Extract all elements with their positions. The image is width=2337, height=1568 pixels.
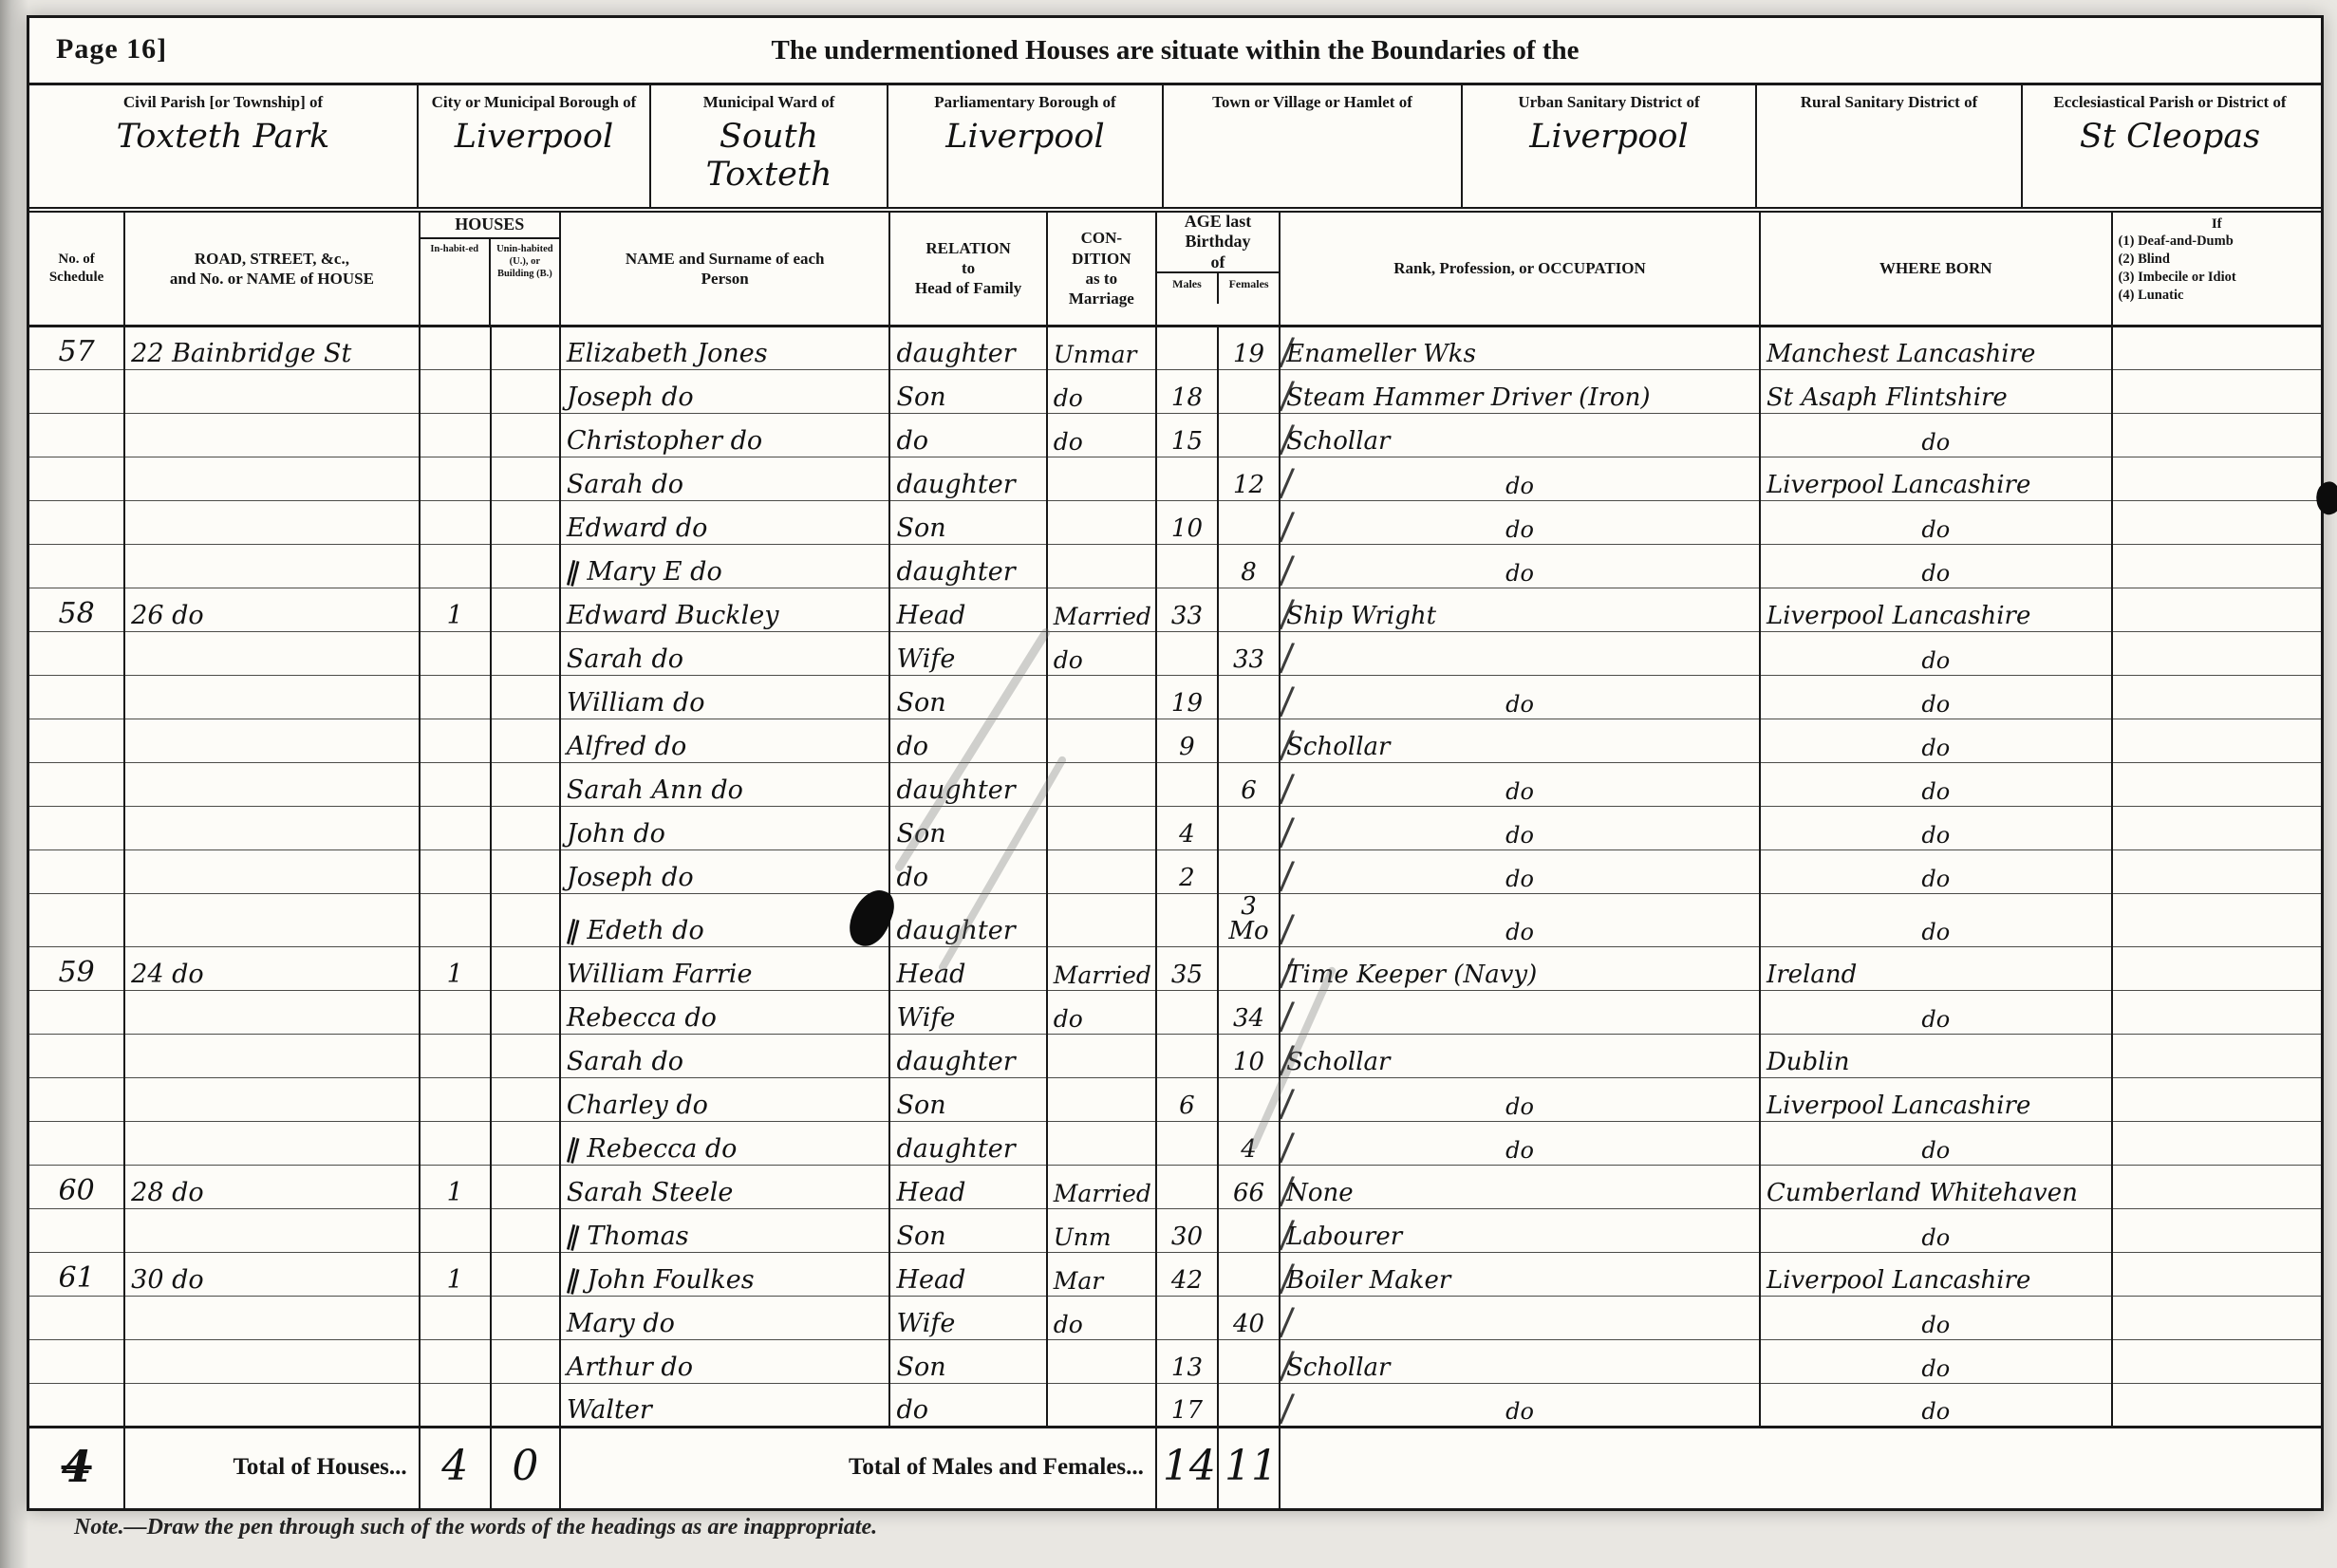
cell-born: Liverpool Lancashire [1760,457,2112,500]
cell-name: Rebecca do [560,990,890,1034]
pen-tick: ∕ [1279,638,1296,677]
born-value: do [1921,735,1950,761]
cell-female: 10 [1218,1034,1280,1077]
born-value: do [1921,822,1950,849]
cell-name: Arthur do [560,1339,890,1383]
cell-inh [420,849,491,893]
inh-value: 1 [447,601,463,630]
boundary-box-value: Liverpool [888,118,1162,156]
cell-condition: Unmar [1047,326,1156,369]
cell-condition: Unm [1047,1208,1156,1252]
cell-infirmity [2112,631,2321,675]
page-number-label: Page 16] [56,33,167,65]
relation-value: Head [896,1178,965,1207]
person-row: Charley doSon6∕doLiverpool Lancashire [29,1077,2321,1121]
cell-female: 12 [1218,457,1280,500]
pen-tick: ∕ [1279,856,1296,895]
relation-value: Wife [896,1003,955,1033]
person-row: ‖Mary E dodaughter8∕dodo [29,544,2321,588]
female-value: 12 [1233,471,1264,499]
cell-inh [420,1383,491,1427]
cell-occupation: ∕do [1280,1121,1760,1165]
cell-relation: daughter [889,762,1046,806]
cell-male [1156,631,1218,675]
cell-relation: Son [889,369,1046,413]
cell-condition: do [1047,990,1156,1034]
cell-condition [1047,1121,1156,1165]
cell-inh [420,1208,491,1252]
pen-tick: ∕ [1279,507,1296,546]
cell-occupation: ∕Schollar [1280,719,1760,762]
name-value: John do [567,819,665,849]
cell-inh [420,1339,491,1383]
cell-occupation: ∕Ship Wright [1280,588,1760,631]
occupation-value: Labourer [1286,1223,1402,1251]
pen-tick: ∕ [1279,1389,1296,1428]
male-value: 4 [1179,820,1195,849]
cell-schedule [29,369,124,413]
cell-occupation: ∕ [1280,1296,1760,1339]
col-header-relation: RELATION to Head of Family [889,213,1046,326]
cell-uninh [491,544,560,588]
cell-female [1218,849,1280,893]
col-header-condition-label: CON- DITION as to Marriage [1052,228,1151,308]
name-value: Elizabeth Jones [567,339,768,368]
male-value: 33 [1171,602,1203,630]
cell-name: Edward do [560,500,890,544]
cell-name: Joseph do [560,849,890,893]
census-sheet: Page 16] The undermentioned Houses are s… [27,15,2324,1511]
road-value: 30 do [131,1265,203,1295]
female-value: 10 [1233,1048,1264,1076]
cell-male: 15 [1156,413,1218,457]
condition-value: Married [1054,961,1151,989]
male-value: 10 [1171,514,1203,543]
cell-relation: Head [889,1252,1046,1296]
name-value: Walter [567,1395,652,1425]
cell-infirmity [2112,413,2321,457]
schedule-value: 61 [58,1261,94,1295]
cell-schedule [29,1296,124,1339]
cell-uninh [491,1339,560,1383]
cell-female: 3 Mo [1218,893,1280,946]
cell-born: Liverpool Lancashire [1760,588,2112,631]
boundary-box-label: Municipal Ward of [651,92,887,112]
born-value: Cumberland Whitehaven [1767,1179,2078,1207]
cell-male: 33 [1156,588,1218,631]
cell-road [124,500,420,544]
boundary-box-label: City or Municipal Borough of [419,92,649,112]
cell-inh [420,457,491,500]
cell-born: do [1760,806,2112,849]
cell-schedule [29,1208,124,1252]
cell-born: Cumberland Whitehaven [1760,1165,2112,1208]
cell-condition: Married [1047,946,1156,990]
occupation-value: do [1505,778,1534,805]
cell-schedule [29,893,124,946]
cell-uninh [491,500,560,544]
cell-male [1156,1034,1218,1077]
col-header-uninhabited: Unin-habited (U.), or Building (B.) [491,239,559,325]
male-value: 13 [1171,1353,1203,1382]
relation-value: Head [896,960,965,989]
cell-schedule [29,719,124,762]
cell-condition [1047,457,1156,500]
col-header-schedule: No. of Schedule [29,213,124,326]
relation-value: Wife [896,1309,955,1338]
condition-value: do [1054,646,1083,674]
cell-relation: daughter [889,1034,1046,1077]
cell-uninh [491,1208,560,1252]
age-subcolumns: Males Females [1157,273,1279,304]
col-header-road: ROAD, STREET, &c., and No. or NAME of HO… [124,213,420,326]
cell-relation: daughter [889,544,1046,588]
occupation-value: do [1505,691,1534,718]
cell-inh [420,1034,491,1077]
cell-female: 8 [1218,544,1280,588]
sheet-title: The undermentioned Houses are situate wi… [29,18,2321,66]
relation-value: daughter [896,339,1015,368]
boundary-box-5: Urban Sanitary District ofLiverpool [1463,85,1757,207]
person-row: Arthur doSon13∕Schollardo [29,1339,2321,1383]
cell-born: do [1760,500,2112,544]
cell-name: Charley do [560,1077,890,1121]
col-header-where-born: WHERE BORN [1760,213,2112,326]
cell-condition [1047,806,1156,849]
cell-female [1218,1383,1280,1427]
cell-relation: Son [889,1339,1046,1383]
cell-male [1156,544,1218,588]
cell-female [1218,1252,1280,1296]
boundary-box-label: Town or Village or Hamlet of [1164,92,1461,112]
inh-value: 1 [447,1178,463,1207]
cell-occupation: ∕ [1280,990,1760,1034]
cell-schedule [29,500,124,544]
cell-name: ‖Mary E do [560,544,890,588]
cell-uninh [491,893,560,946]
cell-road: 28 do [124,1165,420,1208]
cell-uninh [491,457,560,500]
inh-value: 1 [447,1265,463,1295]
cell-infirmity [2112,762,2321,806]
cell-road [124,990,420,1034]
cell-born: Liverpool Lancashire [1760,1077,2112,1121]
cell-uninh [491,326,560,369]
cell-female: 40 [1218,1296,1280,1339]
cell-relation: do [889,1383,1046,1427]
cell-uninh [491,990,560,1034]
cell-relation: do [889,413,1046,457]
col-header-houses-group: HOUSES In-habit-ed Unin-habited (U.), or… [420,213,560,326]
cell-uninh [491,369,560,413]
person-row: Sarah dodaughter10∕SchollarDublin [29,1034,2321,1077]
born-value: St Asaph Flintshire [1767,383,2008,412]
cell-female [1218,719,1280,762]
name-value: Sarah do [567,470,683,499]
col-header-name-label: NAME and Surname of each Person [565,249,886,289]
female-value: 34 [1233,1004,1264,1033]
name-value: Mary E do [587,557,721,587]
cell-infirmity [2112,946,2321,990]
enumerator-mark: ‖ [564,1265,583,1293]
cell-schedule [29,806,124,849]
cell-uninh [491,675,560,719]
condition-value: Mar [1054,1267,1103,1295]
occupation-value: do [1505,1093,1534,1120]
cell-born: do [1760,1296,2112,1339]
cell-infirmity [2112,326,2321,369]
relation-value: Son [896,688,945,718]
cell-born: do [1760,719,2112,762]
born-value: Dublin [1767,1048,1850,1076]
cell-schedule [29,1034,124,1077]
pen-tick: ∕ [1279,681,1296,720]
cell-female [1218,369,1280,413]
born-value: do [1921,1312,1950,1338]
male-value: 9 [1179,733,1195,761]
cell-born: do [1760,893,2112,946]
person-row: Alfred dodo9∕Schollardo [29,719,2321,762]
cell-uninh [491,806,560,849]
cell-road [124,1077,420,1121]
cell-infirmity [2112,457,2321,500]
person-row: 5924 do1William FarrieHeadMarried35∕Time… [29,946,2321,990]
total-males-females-label: Total of Males and Females... [560,1427,1156,1508]
total-houses-inhabited: 4 [420,1427,491,1508]
col-header-schedule-label: No. of Schedule [33,251,120,287]
scanned-census-page: { "page": { "page_label": "Page 16]", "t… [0,0,2337,1568]
col-header-inhabited: In-habit-ed [421,239,491,325]
occupation-value: Boiler Maker [1286,1266,1450,1295]
name-value: Joseph do [567,863,694,892]
born-value: do [1921,1137,1950,1164]
cell-infirmity [2112,369,2321,413]
col-header-males: Males [1157,273,1219,304]
schedule-value: 58 [58,597,94,630]
cell-occupation: ∕ [1280,631,1760,675]
cell-uninh [491,1034,560,1077]
cell-uninh [491,1121,560,1165]
footer-note: Note.—Draw the pen through such of the w… [74,1515,877,1540]
cell-uninh [491,1252,560,1296]
cell-female: 34 [1218,990,1280,1034]
cell-name: Sarah do [560,631,890,675]
cell-relation: Son [889,675,1046,719]
cell-inh [420,762,491,806]
cell-condition [1047,893,1156,946]
totals-row: 4 Total of Houses... 4 0 Total of Males … [29,1427,2321,1508]
road-value: 24 do [131,960,203,989]
cell-schedule: 60 [29,1165,124,1208]
occupation-value: Ship Wright [1286,602,1436,630]
cell-born: do [1760,1121,2112,1165]
cell-uninh [491,588,560,631]
cell-name: Christopher do [560,413,890,457]
relation-value: do [896,1395,928,1425]
cell-male: 17 [1156,1383,1218,1427]
road-value: 28 do [131,1178,203,1207]
condition-value: Married [1054,603,1151,630]
person-row: ‖Rebecca dodaughter4∕dodo [29,1121,2321,1165]
cell-occupation: ∕do [1280,806,1760,849]
born-value: do [1921,866,1950,892]
born-value: do [1921,429,1950,456]
cell-male [1156,762,1218,806]
cell-male: 2 [1156,849,1218,893]
cell-born: do [1760,413,2112,457]
boundary-box-value: Liverpool [1463,118,1755,156]
boundary-box-7: Ecclesiastical Parish or District ofSt C… [2023,85,2317,207]
person-row: Joseph dodo2∕dodo [29,849,2321,893]
occupation-value: Schollar [1286,733,1390,761]
cell-relation: Head [889,946,1046,990]
cell-road: 26 do [124,588,420,631]
pen-tick: ∕ [1279,812,1296,851]
cell-female: 19 [1218,326,1280,369]
occupation-value: do [1505,866,1534,892]
cell-name: ‖Edeth do [560,893,890,946]
schedule-value: 57 [58,335,94,368]
cell-female [1218,588,1280,631]
name-value: John Foulkes [587,1265,754,1295]
cell-born: St Asaph Flintshire [1760,369,2112,413]
cell-relation: Son [889,1077,1046,1121]
cell-uninh [491,849,560,893]
cell-schedule [29,762,124,806]
name-value: Arthur do [567,1353,693,1382]
cell-occupation: ∕Enameller Wks [1280,326,1760,369]
col-header-condition: CON- DITION as to Marriage [1047,213,1156,326]
person-row: Sarah doWifedo33∕do [29,631,2321,675]
scan-left-edge [0,0,28,1568]
boundary-box-label: Ecclesiastical Parish or District of [2023,92,2317,112]
name-value: Rebecca do [567,1003,717,1033]
relation-value: Son [896,1353,945,1382]
cell-name: William do [560,675,890,719]
occupation-value: do [1505,1137,1534,1164]
cell-relation: Wife [889,1296,1046,1339]
cell-infirmity [2112,675,2321,719]
cell-male: 35 [1156,946,1218,990]
cell-schedule [29,675,124,719]
person-row: William doSon19∕dodo [29,675,2321,719]
enumerator-mark: ‖ [564,1134,583,1162]
cell-condition [1047,762,1156,806]
occupation-value: do [1505,919,1534,945]
cell-occupation: ∕Labourer [1280,1208,1760,1252]
cell-occupation: ∕Schollar [1280,1034,1760,1077]
cell-inh [420,806,491,849]
cell-inh [420,1077,491,1121]
male-value: 17 [1171,1396,1203,1425]
totals-empty-cell [1280,1427,2321,1508]
cell-born: do [1760,631,2112,675]
female-value: 33 [1233,645,1264,674]
born-value: Liverpool Lancashire [1767,1266,2030,1295]
cell-road [124,1121,420,1165]
cell-infirmity [2112,1252,2321,1296]
condition-value: do [1054,1005,1083,1033]
total-houses-label: Total of Houses... [124,1427,420,1508]
cell-inh: 1 [420,946,491,990]
female-value: 8 [1241,558,1257,587]
name-value: Rebecca do [587,1134,737,1164]
cell-inh [420,369,491,413]
cell-schedule [29,457,124,500]
cell-infirmity [2112,719,2321,762]
cell-inh [420,413,491,457]
name-value: Alfred do [567,732,686,761]
born-value: Ireland [1767,961,1857,989]
cell-road [124,457,420,500]
cell-inh [420,544,491,588]
cell-occupation: ∕do [1280,500,1760,544]
relation-value: daughter [896,470,1015,499]
cell-male [1156,457,1218,500]
relation-value: Son [896,383,945,412]
person-row: 6130 do1‖John FoulkesHeadMar42∕Boiler Ma… [29,1252,2321,1296]
cell-male [1156,1165,1218,1208]
cell-condition: do [1047,413,1156,457]
cell-condition: Married [1047,1165,1156,1208]
relation-value: daughter [896,557,1015,587]
name-value: Edeth do [587,916,703,945]
cell-male [1156,1296,1218,1339]
person-row: 6028 do1Sarah SteeleHeadMarried66∕NoneCu… [29,1165,2321,1208]
cell-infirmity [2112,1077,2321,1121]
boundary-header-row: Civil Parish [or Township] ofToxteth Par… [29,85,2321,213]
cell-occupation: ∕Schollar [1280,413,1760,457]
cell-inh [420,990,491,1034]
cell-uninh [491,719,560,762]
cell-uninh [491,1296,560,1339]
cell-condition [1047,500,1156,544]
cell-name: ‖Thomas [560,1208,890,1252]
person-row: Walterdo17∕dodo [29,1383,2321,1427]
person-row: Mary doWifedo40∕do [29,1296,2321,1339]
cell-infirmity [2112,1121,2321,1165]
person-rows: 5722 Bainbridge StElizabeth Jonesdaughte… [29,326,2321,1427]
cell-female [1218,500,1280,544]
cell-road [124,1034,420,1077]
col-header-where-born-label: WHERE BORN [1765,258,2107,278]
cell-name: ‖John Foulkes [560,1252,890,1296]
total-females: 11 [1218,1427,1280,1508]
houses-group-title: HOUSES [421,213,559,239]
cell-male: 10 [1156,500,1218,544]
born-value: do [1921,647,1950,674]
cell-male: 13 [1156,1339,1218,1383]
cell-relation: Wife [889,990,1046,1034]
person-row: 5722 Bainbridge StElizabeth Jonesdaughte… [29,326,2321,369]
cell-name: Alfred do [560,719,890,762]
cell-occupation: ∕do [1280,1383,1760,1427]
boundary-box-value: St Cleopas [2023,118,2317,156]
cell-condition [1047,849,1156,893]
cell-schedule: 58 [29,588,124,631]
cell-uninh [491,631,560,675]
condition-value: do [1054,1311,1083,1338]
cell-road [124,631,420,675]
cell-condition [1047,1077,1156,1121]
pen-tick: ∕ [1279,1302,1296,1341]
name-value: William do [567,688,705,718]
cell-born: do [1760,762,2112,806]
cell-male: 18 [1156,369,1218,413]
name-value: Edward Buckley [567,601,779,630]
cell-schedule [29,544,124,588]
occupation-value: Enameller Wks [1286,340,1476,368]
